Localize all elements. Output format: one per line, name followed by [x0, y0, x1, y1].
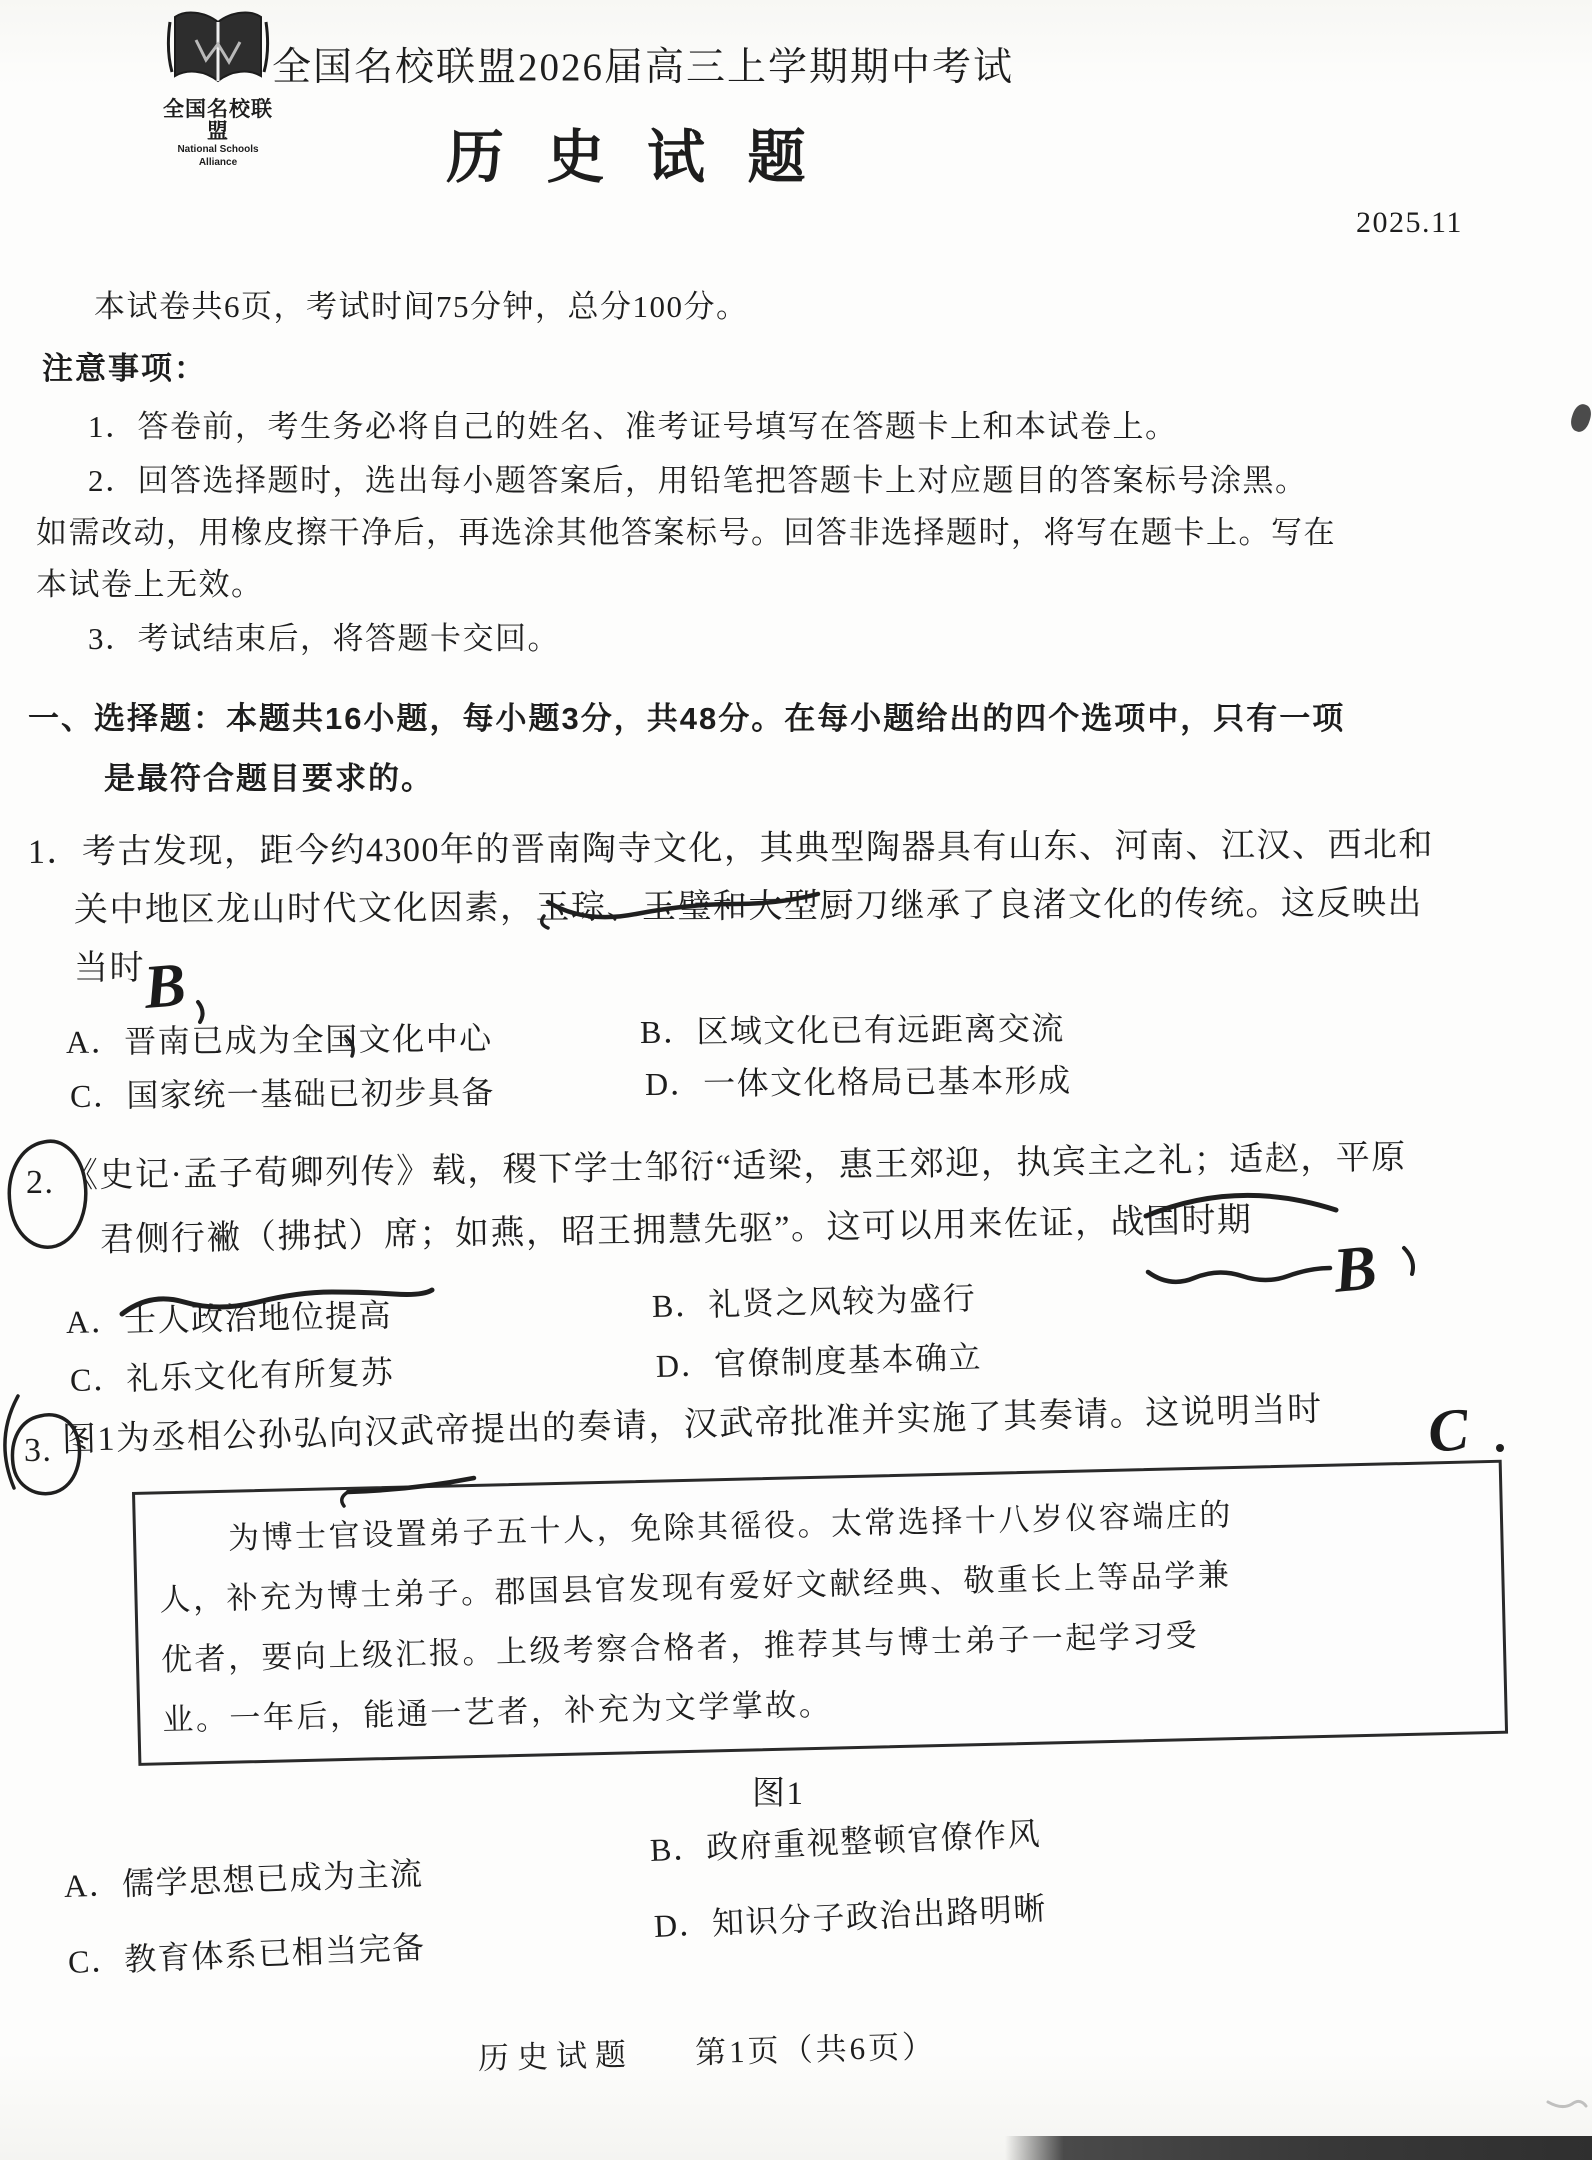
exam-session-title: 全国名校联盟2026届高三上学期期中考试	[272, 44, 1014, 93]
q3-answer-mark: C	[1425, 1396, 1472, 1465]
q2-number: 2.	[26, 1162, 55, 1205]
q1-option-b: B．区域文化已有远距离交流	[640, 1008, 1065, 1052]
q3-figure-box: 为博士官设置弟子五十人，免除其徭役。太常选择十八岁仪容端庄的 人，补充为博士弟子…	[132, 1460, 1508, 1766]
section-heading-line2: 是最符合题目要求的。	[104, 760, 434, 799]
q2-option-d: D．官僚制度基本确立	[655, 1337, 982, 1386]
q2-answer-mark: B	[1329, 1231, 1380, 1306]
q3-option-c: C．教育体系已相当完备	[67, 1927, 426, 1982]
q3-option-b: B．政府重视整顿官僚作风	[649, 1814, 1042, 1870]
alliance-logo: 全国名校联盟 National Schools Alliance	[158, 8, 278, 169]
logo-name-en: National Schools Alliance	[158, 143, 278, 169]
scan-edge-smudge	[1568, 402, 1592, 434]
q3-number: 3.	[24, 1430, 53, 1473]
q2-option-a: A．士人政治地位提高	[66, 1295, 393, 1342]
q2-answer-comma	[1404, 1248, 1413, 1274]
notice-item-2-line2: 如需改动，用橡皮擦干净后，再选涂其他答案标号。回答非选择题时，将写在题卡上。写在	[36, 514, 1336, 553]
figure-caption: 图1	[752, 1774, 805, 1815]
notice-item-2-line1: 2．回答选择题时，选出每小题答案后，用铅笔把答题卡上对应题目的答案标号涂黑。	[88, 462, 1308, 501]
q1-option-a: A．晋南已成为全国文化中心	[66, 1018, 493, 1062]
paper-summary: 本试卷共6页，考试时间75分钟，总分100分。	[94, 288, 749, 327]
scan-pen-smudge	[1548, 2101, 1586, 2106]
q1-option-c: C．国家统一基础已初步具备	[70, 1072, 495, 1116]
open-book-logo-icon	[166, 8, 270, 94]
q1-text-line1: 1．考古发现，距今约4300年的晋南陶寺文化，其典型陶器具有山东、河南、江汉、西…	[28, 825, 1434, 875]
notice-title: 注意事项：	[42, 350, 207, 389]
footer-doc-title: 历史试题	[478, 2037, 635, 2076]
notice-item-3: 3．考试结束后，将答题卡交回。	[88, 620, 560, 659]
notice-item-2-line3: 本试卷上无效。	[36, 566, 264, 605]
q1-text-line2: 关中地区龙山时代文化因素，玉琮、玉璧和大型厨刀继承了良渚文化的传统。这反映出	[74, 883, 1423, 933]
exam-paper-page: 全国名校联盟 National Schools Alliance 全国名校联盟2…	[0, 0, 1592, 2160]
q1-option-d: D．一体文化格局已基本形成	[645, 1060, 1072, 1104]
q3-text-line1: 图1为丞相公孙弘向汉武帝提出的奏请，汉武帝批准并实施了其奏请。这说明当时	[61, 1389, 1323, 1462]
q3-answer-dot	[1496, 1444, 1504, 1452]
q2-text-line2: 君侧行襒（拂拭）席；如燕，昭王拥慧先驱”。这可以用来佐证，战国时期	[100, 1200, 1253, 1263]
q2-option-c: C．礼乐文化有所复苏	[70, 1352, 395, 1400]
q1-answer-comma	[198, 1002, 203, 1022]
footer-page-number: 第1页（共6页）	[695, 2029, 937, 2070]
q2-option-b: B．礼贤之风较为盛行	[652, 1278, 977, 1326]
q1-text-line3: 当时	[74, 948, 145, 991]
logo-name-cn: 全国名校联盟	[158, 99, 278, 143]
scan-bottom-bar	[1005, 2136, 1592, 2160]
q1-answer-mark: B	[140, 951, 188, 1022]
q2-text-line1: 《史记·孟子荀卿列传》载，稷下学士邹衍“适梁，惠王郊迎，执宾主之礼；适赵，平原	[64, 1137, 1407, 1198]
paper-title: 历 史 试 题	[446, 122, 820, 195]
section-heading-line1: 一、选择题：本题共16小题，每小题3分，共48分。在每小题给出的四个选项中，只有…	[28, 700, 1345, 739]
page-footer: 历史试题 第1页（共6页）	[477, 2028, 936, 2079]
exam-date: 2025.11	[1356, 204, 1463, 242]
q2-wavy-underline	[1148, 1268, 1330, 1282]
notice-item-1: 1．答卷前，考生务必将自己的姓名、准考证号填写在答题卡上和本试卷上。	[88, 408, 1178, 447]
q3-stray-arc	[5, 1396, 18, 1488]
q3-option-d: D．知识分子政治出路明晰	[653, 1888, 1048, 1946]
q3-option-a: A．儒学思想已成为主流	[63, 1853, 424, 1906]
